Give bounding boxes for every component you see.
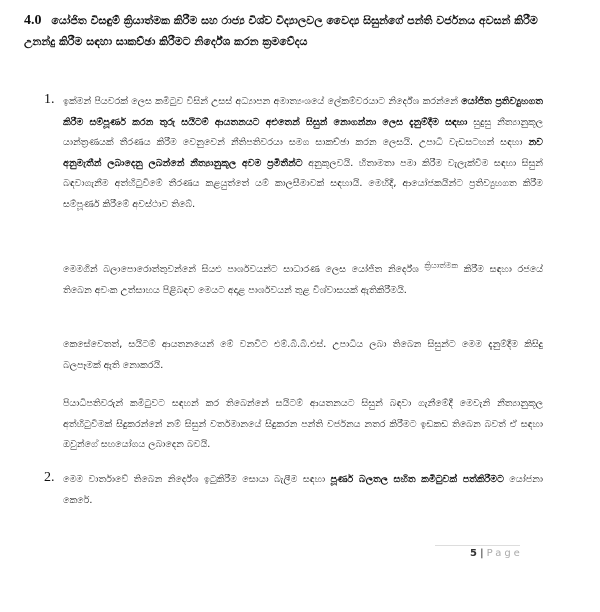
footer-divider [435, 545, 520, 546]
floating-word: ක්‍රියාත්මක [424, 261, 458, 270]
document-page: 4.0 යෝජිත විසඳුම් ක්‍රියාත්මක කිරීම සහ ර… [0, 0, 600, 612]
item-1-paragraph-3: කෙසේවෙතත්, සයිටම් ආයතනයෙන් මේ වනවිට එම්.… [63, 335, 543, 376]
text-segment: පියාධිපතිවරුන් කමිටුවට සඳහන් කර තිබෙන්නේ… [63, 398, 543, 450]
bold-text: පූර්ණ බලතල සහිත කමිටුවක් පත්කිරීමට [330, 474, 504, 485]
text-segment: කෙසේවෙතත්, සයිටම් ආයතනයෙන් මේ වනවිට එම්.… [63, 339, 543, 371]
section-heading: 4.0 යෝජිත විසඳුම් ක්‍රියාත්මක කිරීම සහ ර… [24, 10, 564, 52]
text-segment: මෙමගින් බලාපොරොත්තුවන්නේ සියළු පාර්ශවයන්… [63, 264, 424, 275]
list-number-2: 2. [44, 470, 55, 486]
page-footer: 5|Page [470, 548, 523, 559]
item-2-paragraph-1: මෙම වාර්තාවේ තිබෙන නිර්දේශ ඉටුකිරීම සොයා… [63, 470, 543, 511]
item-1-paragraph-1: ඉක්මන් පියවරක් ලෙස කමිටුව විසින් උසස් අධ… [63, 92, 543, 215]
page-label: Page [487, 548, 523, 559]
footer-separator: | [480, 548, 484, 559]
item-1-paragraph-4: පියාධිපතිවරුන් කමිටුවට සඳහන් කර තිබෙන්නේ… [63, 394, 543, 456]
section-title: යෝජිත විසඳුම් ක්‍රියාත්මක කිරීම සහ රාජ්‍… [24, 14, 538, 48]
page-number: 5 [470, 548, 477, 559]
text-segment: මෙම වාර්තාවේ තිබෙන නිර්දේශ ඉටුකිරීම සොයා… [63, 474, 330, 485]
list-number-1: 1. [44, 92, 55, 108]
text-segment: ඉක්මන් පියවරක් ලෙස කමිටුව විසින් උසස් අධ… [63, 96, 461, 107]
item-1-paragraph-2: මෙමගින් බලාපොරොත්තුවන්නේ සියළු පාර්ශවයන්… [63, 256, 543, 301]
section-number: 4.0 [24, 13, 42, 28]
